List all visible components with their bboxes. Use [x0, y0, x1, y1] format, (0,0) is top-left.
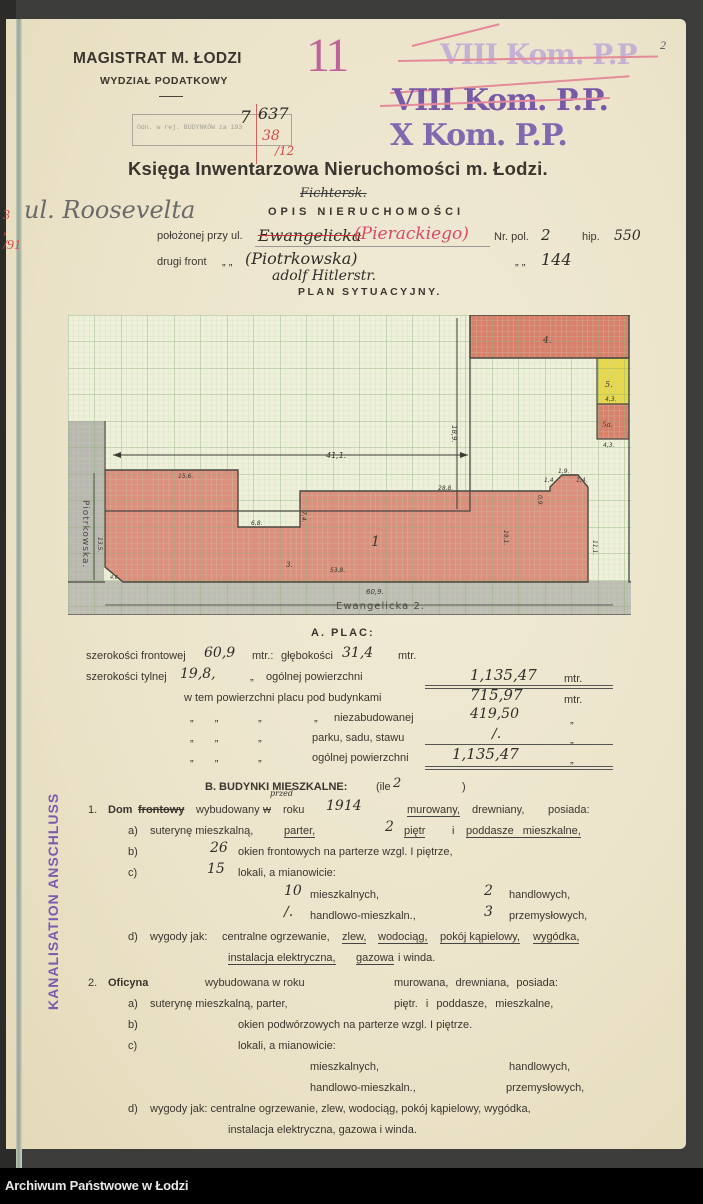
svg-text:1: 1	[371, 534, 380, 550]
second-front-label: drugi front	[157, 256, 207, 268]
folio-number: 11	[306, 28, 346, 83]
park-value: ∕.	[492, 726, 501, 742]
house1-residential-value: 10	[284, 883, 302, 899]
svg-text:4,6.: 4,6.	[110, 575, 120, 581]
ditto-mark: „ „	[222, 256, 232, 268]
amenity-central-heating: centralne ogrzewanie,	[222, 931, 330, 943]
front-width-label: szerokości frontowej	[86, 650, 186, 662]
ditto-marks: „ „	[190, 712, 218, 724]
stamp-x-kom: X Kom. P.P.	[390, 118, 567, 153]
double-rule	[425, 766, 613, 767]
second-front-street: (Piotrkowska)	[245, 249, 358, 268]
amenity-electric: instalacja elektryczna,	[228, 952, 336, 965]
svg-text:28,8.: 28,8.	[438, 485, 453, 492]
house1-c-label: c)	[128, 867, 137, 879]
svg-text:6,8.: 6,8.	[251, 520, 263, 527]
built-area-value: 715,97	[470, 686, 523, 704]
svg-text:4,3.: 4,3.	[603, 442, 615, 449]
house1-commercial-label: handlowych,	[509, 889, 570, 901]
svg-text:1,9.: 1,9.	[558, 468, 570, 475]
svg-text:53,8.: 53,8.	[330, 567, 345, 574]
house1-year-label: roku	[283, 804, 304, 816]
svg-text:5.: 5.	[605, 380, 613, 389]
svg-text:4,3.: 4,3.	[605, 396, 617, 403]
second-front-hand: adolf Hitlerstr.	[272, 268, 376, 284]
svg-text:7,4.: 7,4.	[300, 511, 307, 523]
house2-num: 2.	[88, 977, 97, 989]
svg-text:3.: 3.	[286, 561, 293, 569]
ditto-marks: „ „	[190, 732, 218, 744]
total-area-label: ogólnej powierzchni	[266, 671, 363, 683]
house2-material: murowana, drewniana, posiada:	[394, 977, 558, 989]
ditto-mark: „	[250, 671, 254, 683]
house1-industrial-value: 3	[484, 904, 493, 920]
house2-mixed-label: handlowo-mieszkaln.,	[310, 1082, 416, 1094]
house2-d-text2: instalacja elektryczna, gazowa i winda.	[228, 1124, 417, 1136]
sewer-connection-stamp: KANALISATION ANSCHLUSS	[45, 793, 61, 1010]
unbuilt-label: niezabudowanej	[334, 712, 414, 724]
registry-hand-year: 7	[240, 108, 251, 128]
house2-commercial-label: handlowych,	[509, 1061, 570, 1073]
house1-crossed-word: frontowy	[138, 804, 184, 816]
svg-text:1,4.: 1,4.	[576, 477, 588, 484]
description-heading: OPIS NIERUCHOMOŚCI	[268, 206, 464, 218]
svg-text:0,9.: 0,9.	[536, 495, 543, 507]
located-label: położonej przy ul.	[157, 230, 243, 242]
ditto-mark: „	[258, 752, 262, 764]
count-label: (ile	[376, 781, 391, 793]
svg-text:13,5.: 13,5.	[96, 537, 103, 552]
house2-a-text2: piętr. i poddasze, mieszkalne,	[394, 998, 553, 1010]
nr-pol-label: Nr. pol.	[494, 231, 529, 243]
ditto-mark: „	[314, 712, 318, 724]
house1-has-label: posiada:	[548, 804, 590, 816]
ditto-mark: „	[570, 754, 574, 766]
house1-a-floors-label: piętr	[404, 825, 425, 838]
ditto-mark: „	[258, 712, 262, 724]
red-note-12: /12	[275, 144, 294, 158]
house1-year-value: 1914	[326, 798, 362, 814]
house2-built-text: wybudowana w roku	[205, 977, 305, 989]
total2-label: ogólnej powierzchni	[312, 752, 409, 764]
house1-label: Dom	[108, 804, 132, 816]
house1-c-text: lokali, a mianowicie:	[238, 867, 336, 879]
house2-b-label: b)	[128, 1019, 138, 1031]
amenity-bathroom: pokój kąpielowy,	[440, 931, 520, 944]
house1-b-value: 26	[210, 840, 228, 856]
house1-material-other: drewniany,	[472, 804, 524, 816]
svg-text:41,1.: 41,1.	[326, 451, 346, 460]
house2-c-label: c)	[128, 1040, 137, 1052]
red-note-38: 38	[262, 128, 280, 144]
house1-d-intro: wygody jak:	[150, 931, 207, 943]
svg-text:4.: 4.	[542, 336, 552, 346]
svg-text:Piotrkowska.: Piotrkowska.	[80, 500, 90, 568]
house1-a-label: a)	[128, 825, 138, 837]
house2-label: Oficyna	[108, 977, 148, 989]
house1-a-parter: parter,	[284, 825, 315, 838]
site-plan-heading: PLAN SYTUACYJNY.	[298, 286, 442, 298]
house2-d-label: d)	[128, 1103, 138, 1115]
street-crossed: Ewangelicka	[258, 226, 361, 245]
house1-residential-label: mieszkalnych,	[310, 889, 379, 901]
house1-mixed-label: handlowo-mieszkaln.,	[310, 910, 416, 922]
hip-value: 550	[614, 228, 641, 244]
house1-c-value: 15	[207, 861, 225, 877]
house1-num: 1.	[88, 804, 97, 816]
house1-hand-prev: przed	[270, 789, 293, 798]
binding-edge	[16, 19, 22, 1169]
house1-industrial-label: przemysłowych,	[509, 910, 587, 922]
house1-b-label: b)	[128, 846, 138, 858]
header-rule	[159, 96, 183, 97]
margin-red-note: 3 , /91	[3, 208, 21, 253]
stamp-viii-faded: VIII Kom. P.P	[440, 38, 637, 71]
header-magistrat: MAGISTRAT M. ŁODZI	[73, 50, 242, 68]
hand-note-above-heading: Fichtersk.	[300, 186, 367, 201]
built-area-label: w tem powierzchni placu pod budynkami	[184, 692, 382, 704]
house1-d-label: d)	[128, 931, 138, 943]
archive-caption: Archiwum Państwowe w Łodzi	[5, 1178, 188, 1193]
total2-value: 1,135,47	[452, 745, 519, 763]
unit-mtr: mtr.:	[252, 650, 273, 662]
page-title: Księga Inwentarzowa Nieruchomości m. Łod…	[128, 158, 548, 180]
rear-width-value: 19,8,	[180, 666, 216, 682]
field-line	[255, 246, 490, 247]
unbuilt-value: 419,50	[470, 706, 519, 722]
svg-text:15,6.: 15,6.	[178, 473, 193, 480]
house1-a-i: i	[452, 825, 454, 837]
house1-commercial-value: 2	[484, 883, 493, 899]
house2-a-text: suterynę mieszkalną, parter,	[150, 998, 288, 1010]
house1-a-floors-value: 2	[385, 819, 394, 835]
ditto-mark: „	[258, 732, 262, 744]
house1-b-text: okien frontowych na parterze wzgl. I pię…	[238, 846, 453, 858]
registry-hand-number: 637	[258, 104, 289, 123]
svg-text:1,4.: 1,4.	[544, 477, 556, 484]
svg-text:5a.: 5a.	[602, 421, 613, 429]
unit-mtr: mtr.	[564, 673, 582, 685]
hip-label: hip.	[582, 231, 600, 243]
park-label: parku, sadu, stawu	[312, 732, 404, 744]
amenity-sink: zlew,	[342, 931, 366, 944]
house1-mixed-value: ∕.	[284, 904, 293, 920]
house2-a-label: a)	[128, 998, 138, 1010]
front-width-value: 60,9	[204, 645, 235, 661]
red-margin-line	[256, 104, 257, 164]
ditto-mark: „	[570, 714, 574, 726]
svg-text:60,9.: 60,9.	[366, 588, 384, 596]
depth-label: głębokości	[281, 650, 333, 662]
depth-value: 31,4	[342, 645, 373, 661]
house2-residential-label: mieszkalnych,	[310, 1061, 379, 1073]
ditto-marks: „ „	[190, 752, 218, 764]
amenity-elevator: i winda.	[398, 952, 435, 964]
amenity-toilet: wygódka,	[533, 931, 579, 944]
section-a-heading: A. PLAC:	[311, 627, 375, 639]
page-number: 2	[660, 38, 666, 53]
unit-mtr: mtr.	[398, 650, 416, 662]
margin-street-rename: ul. Roosevelta	[24, 196, 195, 224]
nr-pol-value: 2	[541, 226, 551, 244]
house1-a-attic: poddasze mieszkalne,	[466, 825, 581, 838]
street-red: (Pierackiego)	[354, 224, 469, 244]
count-value: 2	[393, 776, 401, 791]
house1-built-label: wybudowany	[196, 804, 260, 816]
second-front-number: 144	[541, 250, 572, 269]
ditto-mark: „ „	[515, 256, 525, 268]
count-close: )	[462, 781, 466, 793]
svg-text:19,1.: 19,1.	[502, 530, 509, 545]
house1-a-text: suterynę mieszkalną,	[150, 825, 253, 837]
rear-width-label: szerokości tylnej	[86, 671, 167, 683]
house2-b-text: okien podwórzowych na parterze wzgl. I p…	[238, 1019, 472, 1031]
svg-text:18,9.: 18,9.	[450, 425, 458, 443]
house2-d-text: wygody jak: centralne ogrzewanie, zlew, …	[150, 1103, 531, 1115]
header-department: WYDZIAŁ PODATKOWY	[100, 75, 228, 87]
double-rule	[425, 769, 613, 770]
house2-industrial-label: przemysłowych,	[506, 1082, 584, 1094]
site-plan-drawing: 41,1. 18,9. 15,6. 6,8. 7,4. 28,8. 53,8. …	[68, 315, 631, 615]
house1-built-w: w	[263, 804, 271, 816]
svg-text:11,1.: 11,1.	[591, 540, 598, 555]
unit-mtr: mtr.	[564, 694, 582, 706]
svg-text:Ewangelicka 2.: Ewangelicka 2.	[336, 601, 425, 612]
amenity-water: wodociąg,	[378, 931, 428, 944]
amenity-gas: gazowa	[356, 952, 394, 965]
total-area-value: 1,135,47	[470, 666, 537, 684]
house1-material-selected: murowany,	[407, 804, 460, 817]
house2-c-text: lokali, a mianowicie:	[238, 1040, 336, 1052]
